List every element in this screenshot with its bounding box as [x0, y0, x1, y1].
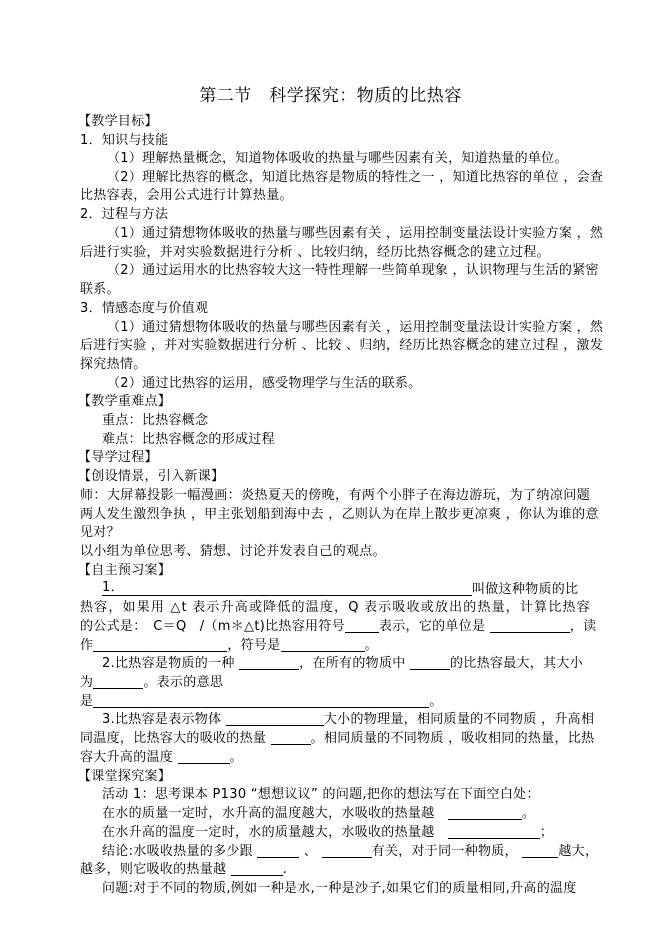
- section-heading-preview: 【自主预习案】: [78, 562, 588, 580]
- blank-field[interactable]: [239, 655, 299, 670]
- blank-field[interactable]: [448, 805, 522, 820]
- blank-field[interactable]: [345, 618, 379, 633]
- preview-q3-line1: 3.比热容是表示物体 大小的物理量，相同质量的不同物质 ，升高相: [102, 711, 590, 729]
- preview-q1-line3: 的公式是： C＝Q /（m＊△t)比热容用符号表示，它的单位是 ，读: [80, 618, 590, 636]
- explore-conclusion: 结论:水吸收热量的多少跟 、 有关，对于同一种物质， 越大，: [102, 843, 590, 861]
- objective-text: （2）通过比热容的运用，感受物理学与生活的联系。: [107, 375, 590, 393]
- key-difficulty: 难点：比热容概念的形成过程: [102, 431, 590, 449]
- section-heading-intro: 【创设情景，引入新课】: [78, 468, 588, 486]
- objective-text: （2）理解比热容的概念，知道比热容是物质的特性之一 ，知道比热容的单位 ，会查: [107, 169, 590, 187]
- key-focus: 重点：比热容概念: [102, 412, 590, 430]
- objective-text: 后进行实验，并对实验数据进行分析 、比较归纳，经历比热容概念的建立过程。: [80, 244, 590, 262]
- objective-text: 联系。: [80, 281, 590, 299]
- intro-text: 见对？: [80, 524, 590, 542]
- explore-line-1: 在水的质量一定时，水升高的温度越大，水吸收的热量越 。: [102, 805, 590, 823]
- blank-field[interactable]: [93, 693, 429, 708]
- blank-field[interactable]: [448, 824, 540, 839]
- blank-field[interactable]: [231, 861, 283, 876]
- intro-text: 师：大屏幕投影一幅漫画：炎热夏天的傍晚，有两个小胖子在海边游玩，为了纳凉问题: [80, 487, 590, 505]
- objective-attitude-heading: 3．情感态度与价值观: [80, 300, 590, 318]
- objective-text: （2）通过运用水的比热容较大这一特性理解一些简单现象 ，认识物理与生活的紧密: [107, 262, 590, 280]
- preview-q1-line2: 热容，如果用 △t 表示升高或降低的温度，Q 表示吸收或放出的热量，计算比热容: [80, 599, 590, 617]
- preview-q2-line3: 是。: [80, 693, 590, 711]
- blank-field[interactable]: [281, 637, 365, 652]
- objective-text: 比热容表，会用公式进行计算热量。: [80, 187, 590, 205]
- blank-field[interactable]: [271, 730, 311, 745]
- blank-field[interactable]: [490, 618, 570, 633]
- page-title: 第二节 科学探究：物质的比热容: [0, 86, 661, 106]
- objective-text: 后进行实验 ，并对实验数据进行分析 、比较 、归纳，经历比热容概念的建立过程 ，…: [80, 337, 590, 355]
- blank-field[interactable]: [522, 843, 558, 858]
- preview-q3-line3: 容大升高的温度 。: [80, 749, 590, 767]
- explore-activity-1: 活动 1：思考课本 P130 “想想议议” 的问题,把你的想法写在下面空白处：: [102, 786, 590, 804]
- blank-field[interactable]: [257, 843, 299, 858]
- section-heading-keypoints: 【教学重难点】: [78, 393, 588, 411]
- blank-field[interactable]: [93, 674, 143, 689]
- objective-process-heading: 2．过程与方法: [80, 206, 590, 224]
- preview-q1-line1: 1．叫做这种物质的比: [102, 581, 590, 599]
- intro-text: 两人发生激烈争执 ，甲主张划船到海中去 ，乙则认为在岸上散步更凉爽 ，你认为谁的…: [80, 506, 590, 524]
- blank-field[interactable]: [93, 637, 227, 652]
- objective-knowledge-heading: 1．知识与技能: [80, 132, 590, 150]
- preview-q2-line2: 为。表示的意思: [80, 674, 590, 692]
- section-heading-process: 【导学过程】: [78, 449, 588, 467]
- blank-field[interactable]: 1．: [102, 581, 472, 596]
- section-heading-explore: 【课堂探究案】: [78, 768, 588, 786]
- section-heading-objectives: 【教学目标】: [78, 113, 588, 131]
- explore-conclusion-cont: 越多，则它吸收的热量越 .: [80, 861, 590, 879]
- explore-question: 问题:对于不同的物质,例如一种是水,一种是沙子,如果它们的质量相同,升高的温度: [102, 880, 590, 898]
- preview-q1-line4: 作，符号是。: [80, 637, 590, 655]
- intro-text: 以小组为单位思考、猜想、讨论并发表自己的观点。: [80, 543, 590, 561]
- preview-q2-line1: 2.比热容是物质的一种 ，在所有的物质中 的比热容最大，其大小: [102, 655, 590, 673]
- explore-line-2: 在水升高的温度一定时，水的质量越大，水吸收的热量越 ；: [102, 824, 590, 842]
- document-page: 第二节 科学探究：物质的比热容 【教学目标】 1．知识与技能 （1）理解热量概念…: [0, 0, 661, 935]
- objective-text: （1）通过猜想物体吸收的热量与哪些因素有关 ，运用控制变量法设计实验方案 ，然: [107, 319, 590, 337]
- blank-field[interactable]: [226, 711, 324, 726]
- objective-text: 探究热情。: [80, 356, 590, 374]
- objective-text: （1）通过猜想物体吸收的热量与哪些因素有关 ，运用控制变量法设计实验方案 ，然: [107, 225, 590, 243]
- objective-text: （1）理解热量概念，知道物体吸收的热量与哪些因素有关，知道热量的单位。: [107, 150, 590, 168]
- preview-q3-line2: 同温度，比热容大的吸收的热量 。相同质量的不同物质 ，吸收相同的热量，比热: [80, 730, 590, 748]
- blank-field[interactable]: [410, 655, 450, 670]
- blank-field[interactable]: [322, 843, 372, 858]
- blank-field[interactable]: [178, 749, 230, 764]
